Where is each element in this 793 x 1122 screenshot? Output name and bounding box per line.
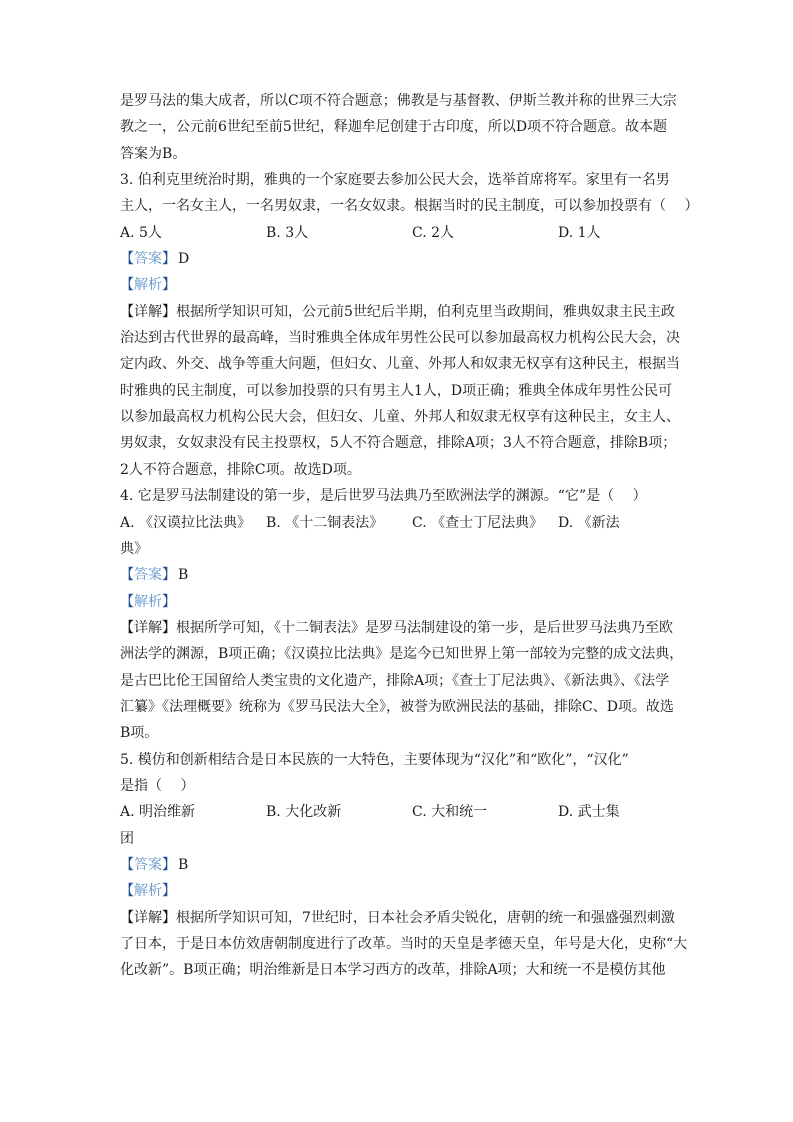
detail-label: 【详解】 <box>120 304 176 320</box>
analysis-label: 【解析】 <box>120 277 176 293</box>
option-b: B. 3人 <box>266 220 412 246</box>
detail-line: 化改新”。B项正确；明治维新是日本学习西方的改革，排除A项；大和统一不是模仿其他 <box>120 957 676 983</box>
intro-line: 是罗马法的集大成者，所以C项不符合题意；佛教是与基督教、伊斯兰教并称的世界三大宗 <box>120 88 676 114</box>
answer-label: 【答案】 <box>120 857 176 873</box>
option-d: D. 1人 <box>558 220 704 246</box>
analysis-label: 【解析】 <box>120 883 176 899</box>
question-4: 4. 它是罗马法制建设的第一步，是后世罗马法典乃至欧洲法学的渊源。“它”是（ ）… <box>120 483 676 746</box>
question-stem: 5. 模仿和创新相结合是日本民族的一大特色，主要体现为“汉化”和“欧化”，“汉化… <box>120 747 676 773</box>
answer-value: B <box>178 857 188 873</box>
detail-line: 时雅典的民主制度，可以参加投票的只有男主人1人，D项正确；雅典全体成年男性公民可 <box>120 378 676 404</box>
answer-line: 【答案】B <box>120 562 676 588</box>
question-3: 3. 伯利克里统治时期，雅典的一个家庭要去参加公民大会，选举首席将军。家里有一名… <box>120 167 676 483</box>
intro-line: 答案为B。 <box>120 141 676 167</box>
analysis-line: 【解析】 <box>120 878 676 904</box>
answer-label: 【答案】 <box>120 251 176 267</box>
document-page: 是罗马法的集大成者，所以C项不符合题意；佛教是与基督教、伊斯兰教并称的世界三大宗… <box>120 88 676 984</box>
analysis-line: 【解析】 <box>120 272 676 298</box>
detail-line: 洲法学的渊源，B项正确；《汉谟拉比法典》是迄今已知世界上第一部较为完整的成文法典… <box>120 641 676 667</box>
option-overflow: 典》 <box>120 536 676 562</box>
detail-label: 【详解】 <box>120 620 176 636</box>
question-stem: 3. 伯利克里统治时期，雅典的一个家庭要去参加公民大会，选举首席将军。家里有一名… <box>120 167 676 193</box>
answer-value: B <box>178 567 188 583</box>
option-c: C. 大和统一 <box>412 799 558 825</box>
analysis-line: 【解析】 <box>120 589 676 615</box>
option-d: D. 《新法 <box>558 510 704 536</box>
detail-line: 了日本，于是日本仿效唐朝制度进行了改革。当时的天皇是孝德天皇，年号是大化，史称“… <box>120 931 676 957</box>
detail-line: B项。 <box>120 720 676 746</box>
option-a: A. 明治维新 <box>120 799 266 825</box>
question-stem: 主人，一名女主人，一名男奴隶，一名女奴隶。根据当时的民主制度，可以参加投票有（ … <box>120 193 676 219</box>
option-a: A. 5人 <box>120 220 266 246</box>
detail-line: 【详解】根据所学知识可知，7世纪时，日本社会矛盾尖锐化，唐朝的统一和强盛强烈刺激 <box>120 905 676 931</box>
option-b: B. 大化改新 <box>266 799 412 825</box>
detail-line: 治达到古代世界的最高峰，当时雅典全体成年男性公民可以参加最高权力机构公民大会，决 <box>120 325 676 351</box>
analysis-label: 【解析】 <box>120 594 176 610</box>
detail-line: 定内政、外交、战争等重大问题，但妇女、儿童、外邦人和奴隶无权享有这种民主，根据当 <box>120 351 676 377</box>
answer-line: 【答案】D <box>120 246 676 272</box>
detail-line: 【详解】根据所学知识可知，公元前5世纪后半期，伯利克里当政期间，雅典奴隶主民主政 <box>120 299 676 325</box>
detail-line: 2人不符合题意，排除C项。故选D项。 <box>120 457 676 483</box>
answer-label: 【答案】 <box>120 567 176 583</box>
detail-line: 是古巴比伦王国留给人类宝贵的文化遗产，排除A项；《查士丁尼法典》、《新法典》、《… <box>120 668 676 694</box>
detail-line: 汇纂》《法理概要》统称为《罗马民法大全》，被誉为欧洲民法的基础，排除C、D项。故… <box>120 694 676 720</box>
intro-line: 教之一，公元前6世纪至前5世纪，释迦牟尼创建于古印度，所以D项不符合题意。故本题 <box>120 114 676 140</box>
option-c: C. 2人 <box>412 220 558 246</box>
answer-line: 【答案】B <box>120 852 676 878</box>
detail-line: 以参加最高权力机构公民大会，但妇女、儿童、外邦人和奴隶无权享有这种民主，女主人、 <box>120 404 676 430</box>
detail-line: 【详解】根据所学可知，《十二铜表法》是罗马法制建设的第一步，是后世罗马法典乃至欧 <box>120 615 676 641</box>
question-stem: 是指（ ） <box>120 773 676 799</box>
options-row: A. 明治维新 B. 大化改新 C. 大和统一 D. 武士集 <box>120 799 676 825</box>
detail-label: 【详解】 <box>120 910 176 926</box>
option-d: D. 武士集 <box>558 799 704 825</box>
detail-line: 男奴隶，女奴隶没有民主投票权，5人不符合题意，排除A项；3人不符合题意，排除B项… <box>120 430 676 456</box>
option-a: A. 《汉谟拉比法典》 <box>120 510 266 536</box>
option-overflow: 团 <box>120 826 676 852</box>
options-row: A. 《汉谟拉比法典》 B. 《十二铜表法》 C. 《查士丁尼法典》 D. 《新… <box>120 510 676 536</box>
question-stem: 4. 它是罗马法制建设的第一步，是后世罗马法典乃至欧洲法学的渊源。“它”是（ ） <box>120 483 676 509</box>
answer-value: D <box>178 251 189 267</box>
option-c: C. 《查士丁尼法典》 <box>412 510 558 536</box>
option-b: B. 《十二铜表法》 <box>266 510 412 536</box>
options-row: A. 5人 B. 3人 C. 2人 D. 1人 <box>120 220 676 246</box>
question-5: 5. 模仿和创新相结合是日本民族的一大特色，主要体现为“汉化”和“欧化”，“汉化… <box>120 747 676 984</box>
